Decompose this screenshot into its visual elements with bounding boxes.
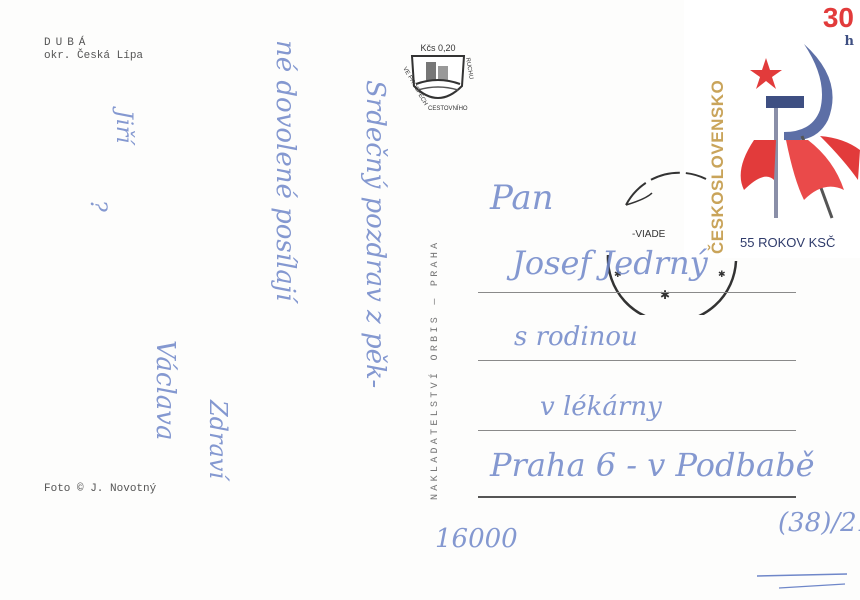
svg-text:CESTOVNÍHO: CESTOVNÍHO xyxy=(428,105,468,112)
hammer-and-sickle-icon xyxy=(784,44,833,141)
printed-place: DUBÁ okr. Česká Lípa xyxy=(44,37,143,63)
house-number: (38)/21 xyxy=(778,508,860,538)
address-city: Praha 6 - v Podbabě xyxy=(490,446,815,484)
castle-icon xyxy=(426,62,436,80)
double-underline xyxy=(755,572,850,592)
postmark-text: -VIADE xyxy=(632,229,665,240)
postal-code: 16000 xyxy=(435,524,518,554)
place-name: DUBÁ xyxy=(44,37,143,50)
svg-text:✱: ✱ xyxy=(718,270,726,280)
tourism-fee-mark: Kčs 0,20 VE PROSPĚCH CESTOVNÍHO RUCHU xyxy=(398,40,478,112)
address-line-4 xyxy=(478,496,796,498)
district-name: okr. Česká Lípa xyxy=(44,50,143,63)
photo-credit: Foto © J. Novotný xyxy=(44,483,156,495)
address-line-1 xyxy=(478,292,796,293)
star-icon: ✱ xyxy=(660,288,670,302)
svg-text:RUCHU: RUCHU xyxy=(464,57,474,79)
address-line-2 xyxy=(478,360,796,361)
address-name: Josef Jedrný xyxy=(512,244,708,282)
address-line-family: s rodinou xyxy=(514,322,638,352)
stamp-caption: 55 ROKOV KSČ xyxy=(740,235,835,250)
postcard-back: DUBÁ okr. Česká Lípa Foto © J. Novotný N… xyxy=(0,0,860,600)
publisher-imprint: NAKLADATELSTVÍ ORBIS — PRAHA xyxy=(430,240,441,500)
margin-note-2: ? xyxy=(85,200,110,212)
margin-note-1: Jiří xyxy=(111,110,136,143)
fee-amount: Kčs 0,20 xyxy=(420,43,455,53)
message-line-1: Srdečný pozdrav z pěk- xyxy=(360,80,390,388)
message-signature: Václava xyxy=(150,340,180,440)
message-greeting: Zdraví xyxy=(204,400,232,479)
stamp-value: 30 xyxy=(823,2,854,34)
star-icon xyxy=(750,58,782,89)
address-salutation: Pan xyxy=(490,178,554,218)
message-line-2: né dovolené posílají xyxy=(270,40,300,301)
address-line-3 xyxy=(478,430,796,431)
address-line-pharmacy: v lékárny xyxy=(540,392,662,422)
